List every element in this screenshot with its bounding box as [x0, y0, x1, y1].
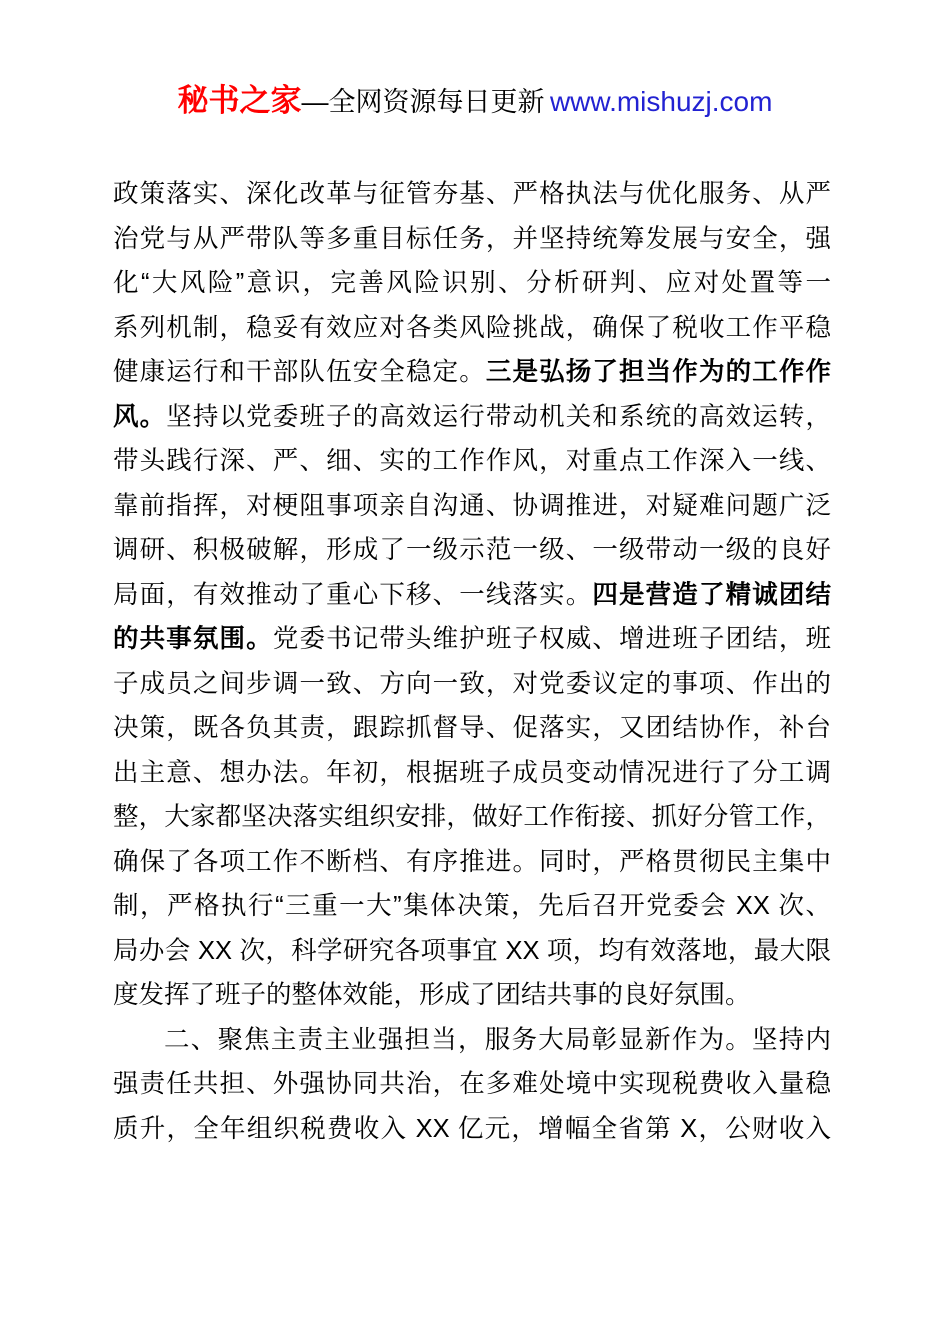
text-segment: 靠前指挥，对梗阻事项亲自沟通、协调推进，对疑难问题广泛 [113, 492, 831, 520]
document-line: 风。坚持以党委班子的高效运行带动机关和系统的高效运转， [113, 395, 831, 440]
document-line: 制，严格执行“三重一大”集体决策，先后召开党委会 XX 次、 [113, 884, 831, 929]
document-line: 出主意、想办法。年初，根据班子成员变动情况进行了分工调 [113, 751, 831, 796]
site-url-link[interactable]: www.mishuzj.com [550, 86, 772, 117]
text-segment: 决策，既各负其责，跟踪抓督导、促落实，又团结协作，补台 [113, 714, 831, 742]
document-line: 强责任共担、外强协同共治，在多难处境中实现税费收入量稳 [113, 1062, 831, 1107]
document-line: 政策落实、深化改革与征管夯基、严格执法与优化服务、从严 [113, 172, 831, 217]
text-segment: 制，严格执行“三重一大”集体决策，先后召开党委会 XX 次、 [113, 892, 831, 920]
text-segment: 子成员之间步调一致、方向一致，对党委议定的事项、作出的 [113, 670, 831, 698]
text-segment: 强责任共担、外强协同共治，在多难处境中实现税费收入量稳 [113, 1070, 831, 1098]
bold-text-segment: 的共事氛围。 [113, 625, 273, 653]
text-segment: 系列机制，稳妥有效应对各类风险挑战，确保了税收工作平稳 [113, 314, 831, 342]
bold-text-segment: 三是弘扬了担当作为的工作作 [486, 358, 831, 386]
document-line: 化“大风险”意识，完善风险识别、分析研判、应对处置等一 [113, 261, 831, 306]
text-segment: 局面，有效推动了重心下移、一线落实。 [113, 581, 592, 609]
document-line: 局面，有效推动了重心下移、一线落实。四是营造了精诚团结 [113, 573, 831, 618]
document-line: 治党与从严带队等多重目标任务，并坚持统筹发展与安全，强 [113, 217, 831, 262]
document-line: 系列机制，稳妥有效应对各类风险挑战，确保了税收工作平稳 [113, 306, 831, 351]
document-line: 的共事氛围。党委书记带头维护班子权威、增进班子团结，班 [113, 617, 831, 662]
document-line: 健康运行和干部队伍安全稳定。三是弘扬了担当作为的工作作 [113, 350, 831, 395]
text-segment: 坚持以党委班子的高效运行带动机关和系统的高效运转， [166, 403, 831, 431]
document-line: 子成员之间步调一致、方向一致，对党委议定的事项、作出的 [113, 662, 831, 707]
document-line: 度发挥了班子的整体效能，形成了团结共事的良好氛围。 [113, 973, 831, 1018]
document-line: 质升，全年组织税费收入 XX 亿元，增幅全省第 X，公财收入 [113, 1107, 831, 1152]
document-page: 秘书之家—全网资源每日更新 www.mishuzj.com 政策落实、深化改革与… [0, 0, 950, 1344]
text-segment: 出主意、想办法。年初，根据班子成员变动情况进行了分工调 [113, 759, 831, 787]
text-segment: 局办会 XX 次，科学研究各项事宜 XX 项，均有效落地，最大限 [113, 937, 831, 965]
text-segment: 带头践行深、严、细、实的工作作风，对重点工作深入一线、 [113, 447, 831, 475]
document-line: 局办会 XX 次，科学研究各项事宜 XX 项，均有效落地，最大限 [113, 929, 831, 974]
document-line: 靠前指挥，对梗阻事项亲自沟通、协调推进，对疑难问题广泛 [113, 484, 831, 529]
text-segment: 度发挥了班子的整体效能，形成了团结共事的良好氛围。 [113, 981, 751, 1009]
text-segment: 确保了各项工作不断档、有序推进。同时，严格贯彻民主集中 [113, 848, 831, 876]
document-line: 带头践行深、严、细、实的工作作风，对重点工作深入一线、 [113, 439, 831, 484]
text-segment: 调研、积极破解，形成了一级示范一级、一级带动一级的良好 [113, 536, 831, 564]
document-line: 决策，既各负其责，跟踪抓督导、促落实，又团结协作，补台 [113, 706, 831, 751]
document-line: 调研、积极破解，形成了一级示范一级、一级带动一级的良好 [113, 528, 831, 573]
site-tagline: 全网资源每日更新 [329, 87, 545, 117]
document-line: 确保了各项工作不断档、有序推进。同时，严格贯彻民主集中 [113, 840, 831, 885]
document-line: 整，大家都坚决落实组织安排，做好工作衔接、抓好分管工作， [113, 795, 831, 840]
bold-text-segment: 风。 [113, 403, 166, 431]
site-header: 秘书之家—全网资源每日更新 www.mishuzj.com [0, 80, 950, 128]
brand-dash: — [302, 87, 329, 117]
bold-text-segment: 四是营造了精诚团结 [592, 581, 831, 609]
site-brand: 秘书之家 [178, 83, 302, 118]
text-segment: 党委书记带头维护班子权威、增进班子团结，班 [273, 625, 831, 653]
text-segment: 整，大家都坚决落实组织安排，做好工作衔接、抓好分管工作， [113, 803, 831, 831]
text-segment: 政策落实、深化改革与征管夯基、严格执法与优化服务、从严 [113, 180, 831, 208]
document-line: 二、聚焦主责主业强担当，服务大局彰显新作为。坚持内 [113, 1018, 831, 1063]
text-segment: 化“大风险”意识，完善风险识别、分析研判、应对处置等一 [113, 269, 831, 297]
text-segment: 健康运行和干部队伍安全稳定。 [113, 358, 486, 386]
text-segment: 二、聚焦主责主业强担当，服务大局彰显新作为。坚持内 [164, 1026, 831, 1054]
text-segment: 质升，全年组织税费收入 XX 亿元，增幅全省第 X，公财收入 [113, 1115, 831, 1143]
text-segment: 治党与从严带队等多重目标任务，并坚持统筹发展与安全，强 [113, 225, 831, 253]
document-body: 政策落实、深化改革与征管夯基、严格执法与优化服务、从严治党与从严带队等多重目标任… [113, 172, 831, 1151]
